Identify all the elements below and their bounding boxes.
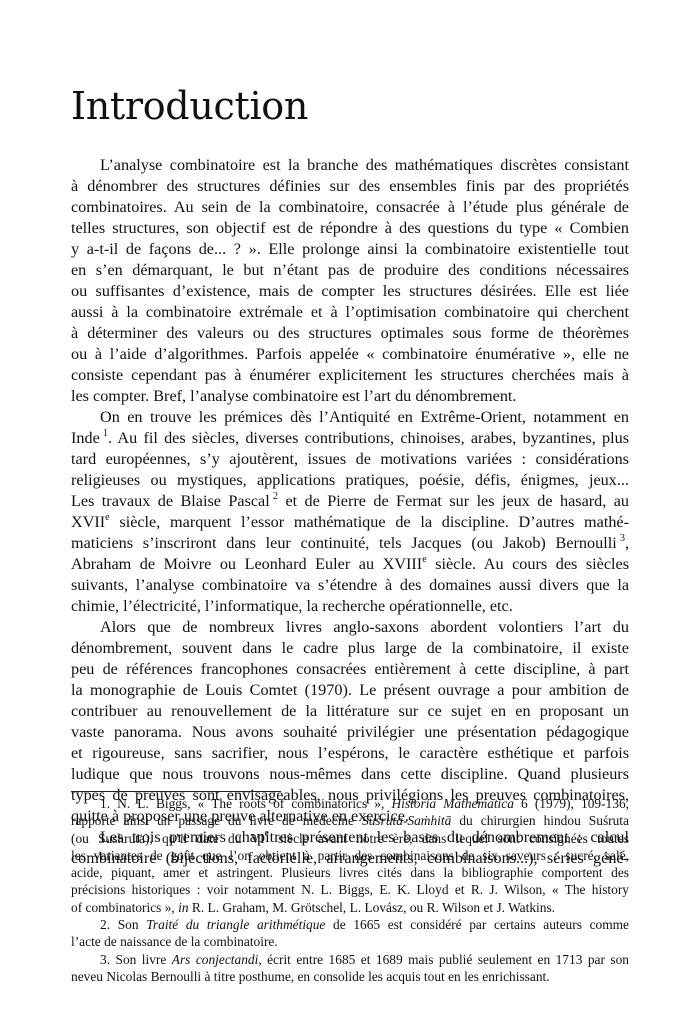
text-line: ou à l’aide d’algorithmes. Parfois appel… (71, 344, 629, 365)
text-line: en s’en démarquant, le but n’étant pas d… (71, 260, 629, 281)
text-fragment: maticiens s’inscriront dans leur continu… (71, 534, 617, 552)
footnote-mark-3[interactable]: 3 (620, 533, 625, 544)
book-title: Suśruta-Saṁhitā (362, 813, 451, 828)
text-fragment: Inde (71, 429, 100, 447)
text-fragment: Les travaux de Blaise Pascal (71, 492, 270, 510)
text-line: aussi à la combinatoire extrémale et à l… (71, 302, 629, 323)
text-fragment: de 1665 est considéré par certains auteu… (333, 917, 629, 932)
footnote-line: 1. N. L. Biggs, « The roots of combinato… (71, 795, 629, 812)
footnote-number: 1. (100, 796, 110, 811)
text-line: XVIIe siècle, marquent l’essor mathémati… (71, 512, 629, 533)
text-line: Les travaux de Blaise Pascal 2 et de Pie… (71, 491, 629, 512)
text-line: religieuses ou mystiques, applications p… (71, 470, 629, 491)
chapter-title: Introduction (71, 84, 308, 128)
text-line: On en trouve les prémices dès l’Antiquit… (71, 407, 629, 428)
text-line: vaste panorama. Nous avons souhaité priv… (71, 722, 629, 743)
footnote-line: l’acte de naissance de la combinatoire. (71, 933, 629, 950)
text-fragment: siècle avant notre ère, dans lequel sont… (278, 831, 629, 846)
footnote-line: 3. Son livre Ars conjectandi, écrit entr… (71, 951, 629, 968)
text-line: contribuer au renouvellement de la litté… (71, 701, 629, 722)
footnote-line: neveu Nicolas Bernoulli à titre posthume… (71, 968, 629, 985)
text-line: à déterminer des valeurs ou des structur… (71, 323, 629, 344)
footnote-line: (ou Sushruta), qu’il date du VIe siècle … (71, 830, 629, 847)
text-line: peu de références francophones consacrée… (71, 659, 629, 680)
footnote-number: 2. (100, 917, 110, 932)
footnote-line: rapporte ainsi un passage du livre de mé… (71, 812, 629, 829)
text-fragment: Au fil des siècles, diverses contributio… (117, 429, 629, 447)
text-fragment: 6 (1979), 109-136, (521, 796, 629, 811)
text-line: telles structures, son objectif est de r… (71, 218, 629, 239)
book-title: Ars conjectandi (172, 952, 259, 967)
text-fragment: siècle. Au cours des siècles (435, 555, 629, 573)
text-line: Alors que de nombreux livres anglo-saxon… (71, 617, 629, 638)
text-line: les compter. Bref, l’analyse combinatoir… (71, 386, 629, 407)
text-fragment: of combinatorics », (71, 900, 175, 915)
text-line: Abraham de Moivre ou Leonhard Euler au X… (71, 554, 629, 575)
text-fragment: Abraham de Moivre ou Leonhard Euler au (71, 555, 374, 573)
text-fragment: Son livre (116, 952, 167, 967)
text-fragment: Son (118, 917, 139, 932)
superscript: e (265, 828, 269, 839)
body-text: L’analyse combinatoire est la branche de… (71, 155, 629, 869)
text-line: ludique que nous trouvons nous-mêmes dan… (71, 764, 629, 785)
text-fragment: rapporte ainsi un passage du livre de mé… (71, 813, 354, 828)
text-fragment: N. L. Biggs, « The roots of combinatoric… (117, 796, 384, 811)
text-fragment: siècle, marquent l’essor mathématique de… (119, 513, 629, 531)
text-line: chimie, l’électricité, l’informatique, l… (71, 596, 629, 617)
footnote-line: of combinatorics », in R. L. Graham, M. … (71, 899, 629, 916)
text-line: tard européennes, s’y ajoutèrent, issues… (71, 449, 629, 470)
text-line: ou suffisantes d’existence, mais de comp… (71, 281, 629, 302)
superscript: e (422, 554, 426, 565)
superscript: e (105, 512, 109, 523)
text-fragment: R. L. Graham, M. Grötschel, L. Lovász, o… (192, 900, 555, 915)
footnote-1: 1. N. L. Biggs, « The roots of combinato… (71, 795, 629, 916)
footnote-3: 3. Son livre Ars conjectandi, écrit entr… (71, 951, 629, 986)
footnote-line: précisions historiques : voir notamment … (71, 881, 629, 898)
footnote-line: 2. Son Traité du triangle arithmétique d… (71, 916, 629, 933)
text-fragment: , écrit entre 1685 et 1689 mais publié s… (258, 952, 629, 967)
footnote-rule (71, 791, 281, 792)
paragraph-1: L’analyse combinatoire est la branche de… (71, 155, 629, 407)
paragraph-2: On en trouve les prémices dès l’Antiquit… (71, 407, 629, 617)
footnote-line: acide, piquant, amer et astringent. Plus… (71, 864, 629, 881)
text-line: et rigoureuse, sans sacrifier, nous l’es… (71, 743, 629, 764)
text-line: y a-t-il de façons de... ? ». Elle prolo… (71, 239, 629, 260)
footnote-mark-2[interactable]: 2 (273, 491, 278, 502)
footnote-number: 3. (100, 952, 110, 967)
book-title: Traité du triangle arithmétique (146, 917, 325, 932)
text-line: L’analyse combinatoire est la branche de… (71, 155, 629, 176)
footnotes: 1. N. L. Biggs, « The roots of combinato… (71, 795, 629, 985)
text-line: combinatoires. Au sein de la combinatoir… (71, 197, 629, 218)
century-numeral: XVIII (383, 555, 423, 573)
text-line: suivants, l’analyse combinatoire va s’ét… (71, 575, 629, 596)
text-line: à dénombrer des structures définies sur … (71, 176, 629, 197)
italic-word: in (178, 900, 188, 915)
footnote-line: les variantes de goût que l’on obtient à… (71, 847, 629, 864)
text-line: Inde 1. Au fil des siècles, diverses con… (71, 428, 629, 449)
journal-title: Historia Mathematica (391, 796, 513, 811)
text-fragment: et de Pierre de Fermat sur les jeux de h… (285, 492, 629, 510)
text-fragment: du chirurgien hindou Suśruta (459, 813, 629, 828)
text-line: la monographie de Louis Comtet (1970). L… (71, 680, 629, 701)
text-line: consiste cependant pas à énumérer explic… (71, 365, 629, 386)
text-fragment: (ou Sushruta), qu’il date du VI (71, 831, 265, 846)
text-line: dénombrement, souvent dans le cadre plus… (71, 638, 629, 659)
footnote-2: 2. Son Traité du triangle arithmétique d… (71, 916, 629, 951)
footnote-mark-1[interactable]: 1 (103, 428, 108, 439)
text-line: maticiens s’inscriront dans leur continu… (71, 533, 629, 554)
century-numeral: XVII (71, 513, 105, 531)
